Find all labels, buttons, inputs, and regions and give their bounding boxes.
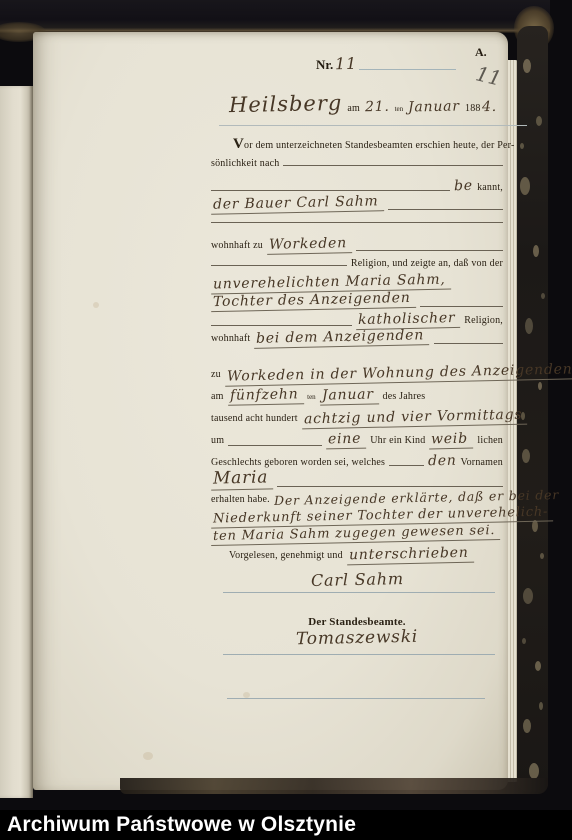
fill-line [283,165,503,166]
foxing-stain [143,752,153,760]
form-line: zu Workeden in der Wohnung des Anzeigend… [211,365,503,383]
birth-day-value: fünfzehn [227,386,303,406]
handwritten-text: den [428,453,457,470]
printed-text: um [211,435,224,446]
fill-line [228,445,322,446]
archive-caption-bar: Archiwum Państwowe w Olsztynie [0,810,572,840]
fill-line [211,190,450,191]
form-line: am fünfzehn ten Januar des Jahres [211,387,503,405]
declarant-name-line: der Bauer Carl Sahm [211,193,384,215]
printed-text: Vor dem unterzeichneten Standesbeamten e… [211,136,514,153]
fill-line [388,209,503,210]
form-line: katholischer Religion, [211,311,503,329]
printed-text: zu [211,369,221,380]
form-line: Religion, und zeigte an, daß von der [211,258,503,269]
residence-value: Workeden [267,235,352,255]
fill-line [389,465,424,466]
archive-name: Archiwum Państwowe w Olsztynie [7,813,356,836]
birth-year-value: achtzig und vier Vormittags [302,407,528,430]
declarant-signature: Carl Sahm [211,570,503,590]
signature-line [223,654,495,655]
form-line: wohnhaft zu Workeden [211,236,503,254]
form-line: Vorgelesen, genehmigt und unterschrieben [211,546,503,564]
form-line [211,222,503,226]
birth-hour-value: eine [326,431,367,450]
signature-line [223,592,495,593]
handwritten-text: Tochter des Anzeigenden [211,290,416,312]
printed-text: Geschlechts geboren worden sei, welches [211,457,385,468]
facing-page-edge [0,86,33,798]
form-line: tausend acht hundert achtzig und vier Vo… [211,409,503,427]
form-line: Vor dem unterzeichneten Standesbeamten e… [211,136,503,153]
book-cover-top-edge [0,0,550,33]
form-line: Niederkunft seiner Tochter der unverehel… [211,508,503,525]
form-line: um eine Uhr ein Kind weib lichen [211,431,503,449]
photo-of-register-book: Nr. 11 A. 11 Heilsberg am 21. ten Januar… [0,0,572,840]
printed-text: erhalten habe. [211,494,270,505]
printed-text: Uhr ein Kind [370,435,425,446]
printed-text: tausend acht hundert [211,413,298,424]
form-line: ten Maria Sahm zugegen gewesen sei. [211,526,503,543]
printed-text: des Jahres [383,391,426,402]
form-line: der Bauer Carl Sahm [211,195,503,213]
form-line: unverehelichten Maria Sahm, [211,274,503,292]
fill-line [211,325,352,326]
form-body: Vor dem unterzeichneten Standesbeamten e… [211,32,503,790]
printed-text: wohnhaft zu [211,240,263,251]
printed-text: wohnhaft [211,333,250,344]
blank-ruled-line [227,698,485,699]
declaration-text: ten Maria Sahm zugegen gewesen sei. [211,523,501,546]
printed-text: Vorgelesen, genehmigt und [211,550,343,561]
printed-text: ten [307,393,316,401]
fill-line [211,222,503,223]
child-forename: Maria [211,467,274,490]
fill-line [434,343,503,344]
printed-text: kannt, [477,182,503,193]
printed-text: lichen [477,435,503,446]
form-line: Maria [211,468,503,490]
registrar-label-text: Der Standesbeamte. [308,616,406,628]
signature-text: Carl Sahm [310,569,403,590]
printed-text: sönlichkeit nach [211,158,279,169]
form-line: sönlichkeit nach [211,158,503,169]
handwritten-text: unterschrieben [347,545,474,566]
foxing-stain [93,302,99,308]
book-cover-bottom-edge [120,778,548,794]
fill-line [420,306,503,307]
form-line: erhalten habe. Der Anzeigende erklärte, … [211,490,503,505]
handwritten-text: be [454,178,473,194]
handwritten-text: bei dem Anzeigenden [254,327,429,349]
signature-text: Tomaszewski [296,627,418,650]
register-page: Nr. 11 A. 11 Heilsberg am 21. ten Januar… [33,32,508,790]
printed-text: Vornamen [460,457,503,468]
registrar-signature: Tomaszewski [211,628,503,648]
form-line: be kannt, [211,178,503,194]
form-line: wohnhaft bei dem Anzeigenden [211,329,503,347]
printed-text: Religion, und zeigte an, daß von der [351,258,503,269]
fill-line [211,265,347,266]
form-line: Geschlechts geboren worden sei, welches … [211,453,503,469]
form-line: Tochter des Anzeigenden [211,292,503,310]
fill-line [277,486,503,487]
printed-text: am [211,391,224,402]
fill-line [356,250,503,251]
sex-value: weib [429,431,473,450]
printed-text: Religion, [464,315,503,326]
birth-month-value: Januar [320,386,379,405]
